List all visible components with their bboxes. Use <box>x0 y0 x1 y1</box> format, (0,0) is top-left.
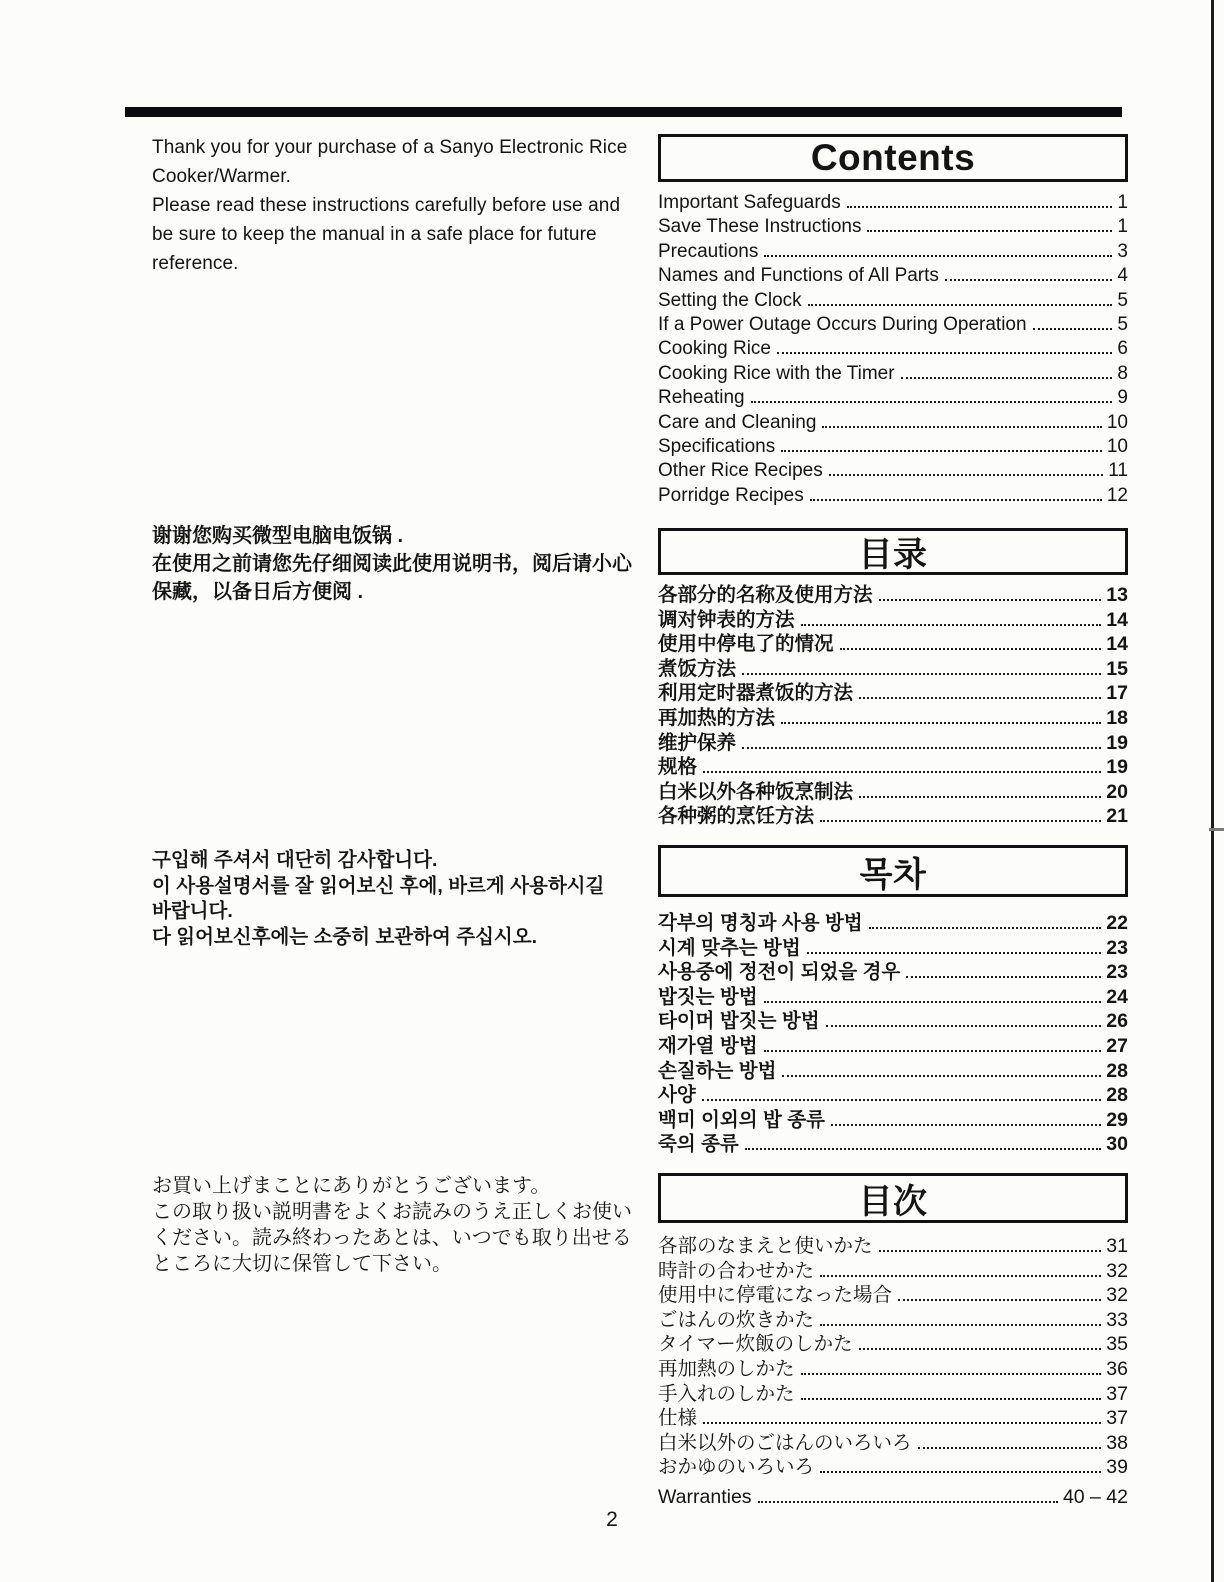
toc-item: 밥짓는 방법 24 <box>658 981 1128 1006</box>
toc-item-label: Reheating <box>658 387 745 409</box>
toc-item-page-number: 10 <box>1107 412 1128 434</box>
dotted-leader <box>820 820 1101 822</box>
toc-item-label: If a Power Outage Occurs During Operatio… <box>658 314 1027 336</box>
intro-column: Thank you for your purchase of a Sanyo E… <box>152 0 634 1582</box>
toc-item: 各种粥的烹饪方法 21 <box>658 800 1128 825</box>
page-number: 2 <box>0 1508 1224 1532</box>
toc-item-label: Precautions <box>658 241 758 263</box>
dotted-leader <box>745 1148 1102 1150</box>
toc-chinese-header: 目录 <box>658 528 1128 575</box>
toc-korean-title: 목차 <box>860 847 927 896</box>
toc-item: 타이머 밥짓는 방법 26 <box>658 1005 1128 1030</box>
toc-item: 煮饭方法 15 <box>658 653 1128 678</box>
dotted-leader <box>820 1471 1101 1473</box>
dotted-leader <box>801 624 1102 626</box>
toc-item-page-number: 24 <box>1106 986 1128 1009</box>
dotted-leader <box>901 377 1113 379</box>
dotted-leader <box>808 304 1113 306</box>
toc-item: 사양 28 <box>658 1079 1128 1104</box>
toc-english-header: Contents <box>658 134 1128 182</box>
dotted-leader <box>758 1501 1058 1503</box>
toc-item-page-number: 28 <box>1106 1084 1128 1107</box>
dotted-leader <box>867 230 1112 232</box>
dotted-leader <box>801 1398 1102 1400</box>
toc-item: 손질하는 방법 28 <box>658 1055 1128 1080</box>
toc-item: Porridge Recipes 12 <box>658 485 1128 509</box>
toc-item: Names and Functions of All Parts 4 <box>658 265 1128 289</box>
contents-column: Contents Important Safeguards 1 Save The… <box>658 0 1128 1582</box>
toc-item-page-number: 32 <box>1106 1284 1128 1307</box>
dotted-leader <box>822 426 1101 428</box>
dotted-leader <box>764 1050 1102 1052</box>
toc-korean-list: 각부의 명칭과 사용 방법 22 시계 맞추는 방법 23 사용중에 정전이 되… <box>658 907 1128 1153</box>
toc-item: Setting the Clock 5 <box>658 290 1128 314</box>
toc-item: 각부의 명칭과 사용 방법 22 <box>658 907 1128 932</box>
dotted-leader <box>703 1422 1101 1424</box>
toc-item: 各部のなまえと使いかた 31 <box>658 1230 1128 1255</box>
intro-japanese-line: お買い上げまことにありがとうございます。 <box>152 1173 634 1199</box>
toc-item-page-number: 3 <box>1117 241 1128 263</box>
dotted-leader <box>782 1075 1101 1077</box>
toc-item-page-number: 19 <box>1106 756 1128 779</box>
toc-item: 시계 맞추는 방법 23 <box>658 932 1128 957</box>
toc-item-page-number: 9 <box>1117 387 1128 409</box>
toc-korean-header: 목차 <box>658 845 1128 897</box>
toc-item: 백미 이외의 밥 종류 29 <box>658 1104 1128 1129</box>
dotted-leader <box>869 927 1102 929</box>
toc-item-label: Care and Cleaning <box>658 412 816 434</box>
toc-item-page-number: 26 <box>1106 1010 1128 1033</box>
toc-item: Other Rice Recipes 11 <box>658 460 1128 484</box>
intro-japanese-line: この取り扱い説明書をよくお読みのうえ正しくお使いください。読み終わったあとは、い… <box>152 1199 634 1277</box>
toc-item-page-number: 35 <box>1106 1333 1128 1356</box>
toc-item-page-number: 23 <box>1106 961 1128 984</box>
toc-item: 時計の合わせかた 32 <box>658 1255 1128 1280</box>
toc-item: 仕様 37 <box>658 1402 1128 1427</box>
toc-item-label: Names and Functions of All Parts <box>658 265 939 287</box>
dotted-leader <box>945 279 1113 281</box>
toc-item-page-number: 36 <box>1106 1358 1128 1381</box>
intro-english-line: Thank you for your purchase of a Sanyo E… <box>152 133 634 191</box>
dotted-leader <box>742 673 1101 675</box>
toc-item-label: Specifications <box>658 436 775 458</box>
dotted-leader <box>840 648 1102 650</box>
dotted-leader <box>831 1124 1101 1126</box>
toc-item-page-number: 11 <box>1108 460 1128 482</box>
intro-chinese-line: 在使用之前请您先仔细阅读此使用说明书，阅后请小心保藏，以备日后方便阅 . <box>152 550 634 606</box>
toc-item: 사용중에 정전이 되었을 경우 23 <box>658 956 1128 981</box>
toc-item-label: Other Rice Recipes <box>658 460 823 482</box>
dotted-leader <box>777 352 1112 354</box>
dotted-leader <box>764 255 1112 257</box>
toc-item: 再加熱のしかた 36 <box>658 1353 1128 1378</box>
toc-japanese-header: 目次 <box>658 1173 1128 1223</box>
toc-item-page-number: 12 <box>1107 485 1128 507</box>
toc-item-label: Save These Instructions <box>658 216 861 238</box>
dotted-leader <box>918 1447 1102 1449</box>
intro-korean-line: 구입해 주셔서 대단히 감사합니다. <box>152 848 634 874</box>
toc-item-page-number: 28 <box>1106 1060 1128 1083</box>
dotted-leader <box>703 771 1101 773</box>
dotted-leader <box>781 722 1101 724</box>
toc-item: ごはんの炊きかた 33 <box>658 1304 1128 1329</box>
intro-japanese: お買い上げまことにありがとうございます。 この取り扱い説明書をよくお読みのうえ正… <box>152 1173 634 1277</box>
toc-item: 使用中停电了的情况 14 <box>658 628 1128 653</box>
toc-item-page-number: 30 <box>1106 1133 1128 1156</box>
dotted-leader <box>898 1299 1101 1301</box>
intro-english-line: Please read these instructions carefully… <box>152 191 634 278</box>
toc-item-page-number: 18 <box>1106 707 1128 730</box>
toc-item-page-number: 32 <box>1106 1260 1128 1283</box>
dotted-leader <box>820 1275 1101 1277</box>
toc-item: Care and Cleaning 10 <box>658 412 1128 436</box>
intro-korean-line: 다 읽어보신후에는 소중히 보관하여 주십시오. <box>152 925 634 951</box>
toc-chinese-list: 各部分的名称及使用方法 13 调对钟表的方法 14 使用中停电了的情况 14 <box>658 579 1128 825</box>
toc-item: おかゆのいろいろ 39 <box>658 1451 1128 1476</box>
toc-item: 白米以外各种饭烹制法 20 <box>658 776 1128 801</box>
toc-item-page-number: 23 <box>1106 937 1128 960</box>
toc-item: 调对钟表的方法 14 <box>658 604 1128 629</box>
dotted-leader <box>847 206 1113 208</box>
dotted-leader <box>879 599 1102 601</box>
intro-english: Thank you for your purchase of a Sanyo E… <box>152 133 634 278</box>
toc-item: Important Safeguards 1 <box>658 192 1128 216</box>
toc-item-page-number: 8 <box>1117 363 1128 385</box>
toc-item-page-number: 6 <box>1117 338 1128 360</box>
toc-item: 白米以外のごはんのいろいろ 38 <box>658 1427 1128 1452</box>
dotted-leader <box>829 474 1104 476</box>
dotted-leader <box>810 499 1102 501</box>
dotted-leader <box>859 1348 1102 1350</box>
manual-page: Thank you for your purchase of a Sanyo E… <box>0 0 1224 1582</box>
intro-chinese-line: 谢谢您购买微型电脑电饭锅 . <box>152 522 634 550</box>
toc-item-label: Cooking Rice <box>658 338 771 360</box>
dotted-leader <box>879 1250 1102 1252</box>
toc-item-page-number: 5 <box>1117 290 1128 312</box>
dotted-leader <box>764 1001 1102 1003</box>
toc-item: Precautions 3 <box>658 241 1128 265</box>
toc-item: Specifications 10 <box>658 436 1128 460</box>
toc-item-label: Important Safeguards <box>658 192 841 214</box>
toc-item-page-number: 31 <box>1106 1235 1128 1258</box>
toc-item: 再加热的方法 18 <box>658 702 1128 727</box>
dotted-leader <box>826 1025 1102 1027</box>
dotted-leader <box>751 401 1113 403</box>
toc-item-page-number: 33 <box>1106 1309 1128 1332</box>
toc-item: 维护保养 19 <box>658 727 1128 752</box>
toc-item-page-number: 22 <box>1106 912 1128 935</box>
toc-item-page-number: 37 <box>1106 1383 1128 1406</box>
toc-item-page-number: 13 <box>1106 584 1128 607</box>
toc-item: Cooking Rice with the Timer 8 <box>658 363 1128 387</box>
toc-item-label: 죽의 종류 <box>658 1128 739 1156</box>
toc-item-label: Cooking Rice with the Timer <box>658 363 895 385</box>
toc-item: タイマー炊飯のしかた 35 <box>658 1328 1128 1353</box>
toc-japanese-title: 目次 <box>859 1174 928 1223</box>
dotted-leader <box>1033 328 1113 330</box>
dotted-leader <box>801 1373 1102 1375</box>
intro-chinese: 谢谢您购买微型电脑电饭锅 . 在使用之前请您先仔细阅读此使用说明书，阅后请小心保… <box>152 522 634 606</box>
toc-english-list: Important Safeguards 1 Save These Instru… <box>658 192 1128 509</box>
toc-item-page-number: 39 <box>1106 1456 1128 1479</box>
toc-item-page-number: 37 <box>1106 1407 1128 1430</box>
scan-edge-tick <box>1209 828 1224 831</box>
toc-item: 使用中に停電になった場合 32 <box>658 1279 1128 1304</box>
toc-item-page-number: 20 <box>1106 781 1128 804</box>
toc-item-page-number: 15 <box>1106 658 1128 681</box>
toc-item-page-number: 14 <box>1106 633 1128 656</box>
dotted-leader <box>781 450 1102 452</box>
toc-item-page-number: 38 <box>1106 1432 1128 1455</box>
warranties-page-range: 40 – 42 <box>1063 1486 1128 1509</box>
toc-japanese-list: 各部のなまえと使いかた 31 時計の合わせかた 32 使用中に停電になった場合 … <box>658 1230 1128 1476</box>
toc-item-page-number: 21 <box>1106 805 1128 828</box>
toc-item-page-number: 14 <box>1106 609 1128 632</box>
toc-item-page-number: 5 <box>1117 314 1128 336</box>
toc-item: 죽의 종류 30 <box>658 1128 1128 1153</box>
toc-item: 各部分的名称及使用方法 13 <box>658 579 1128 604</box>
warranties-label: Warranties <box>658 1486 752 1509</box>
toc-item: Save These Instructions 1 <box>658 216 1128 240</box>
toc-item-page-number: 1 <box>1117 216 1128 238</box>
toc-item: If a Power Outage Occurs During Operatio… <box>658 314 1128 338</box>
toc-item-label: Setting the Clock <box>658 290 802 312</box>
toc-item: Cooking Rice 6 <box>658 338 1128 362</box>
toc-item-label: おかゆのいろいろ <box>658 1451 814 1479</box>
toc-item: 재가열 방법 27 <box>658 1030 1128 1055</box>
toc-item-page-number: 1 <box>1117 192 1128 214</box>
dotted-leader <box>906 976 1101 978</box>
intro-korean: 구입해 주셔서 대단히 감사합니다. 이 사용설명서를 잘 읽어보신 후에, 바… <box>152 848 634 950</box>
toc-item-page-number: 10 <box>1107 436 1128 458</box>
intro-korean-line: 이 사용설명서를 잘 읽어보신 후에, 바르게 사용하시길 바랍니다. <box>152 874 634 925</box>
dotted-leader <box>859 697 1101 699</box>
dotted-leader <box>859 796 1101 798</box>
toc-item: 利用定时器煮饭的方法 17 <box>658 677 1128 702</box>
toc-item-label: 各种粥的烹饪方法 <box>658 800 814 828</box>
dotted-leader <box>820 1324 1101 1326</box>
dotted-leader <box>742 747 1101 749</box>
toc-item-label: Porridge Recipes <box>658 485 804 507</box>
toc-item: 规格 19 <box>658 751 1128 776</box>
dotted-leader <box>807 952 1102 954</box>
dotted-leader <box>702 1099 1102 1101</box>
toc-chinese-title: 目录 <box>859 527 928 576</box>
toc-item-page-number: 4 <box>1117 265 1128 287</box>
scan-edge-line <box>1211 0 1214 1582</box>
toc-item-page-number: 19 <box>1106 732 1128 755</box>
toc-item-page-number: 29 <box>1106 1109 1128 1132</box>
toc-item: Reheating 9 <box>658 387 1128 411</box>
toc-item-page-number: 17 <box>1106 682 1128 705</box>
toc-english-title: Contents <box>811 137 975 179</box>
toc-item-page-number: 27 <box>1106 1035 1128 1058</box>
toc-item: 手入れのしかた 37 <box>658 1378 1128 1403</box>
